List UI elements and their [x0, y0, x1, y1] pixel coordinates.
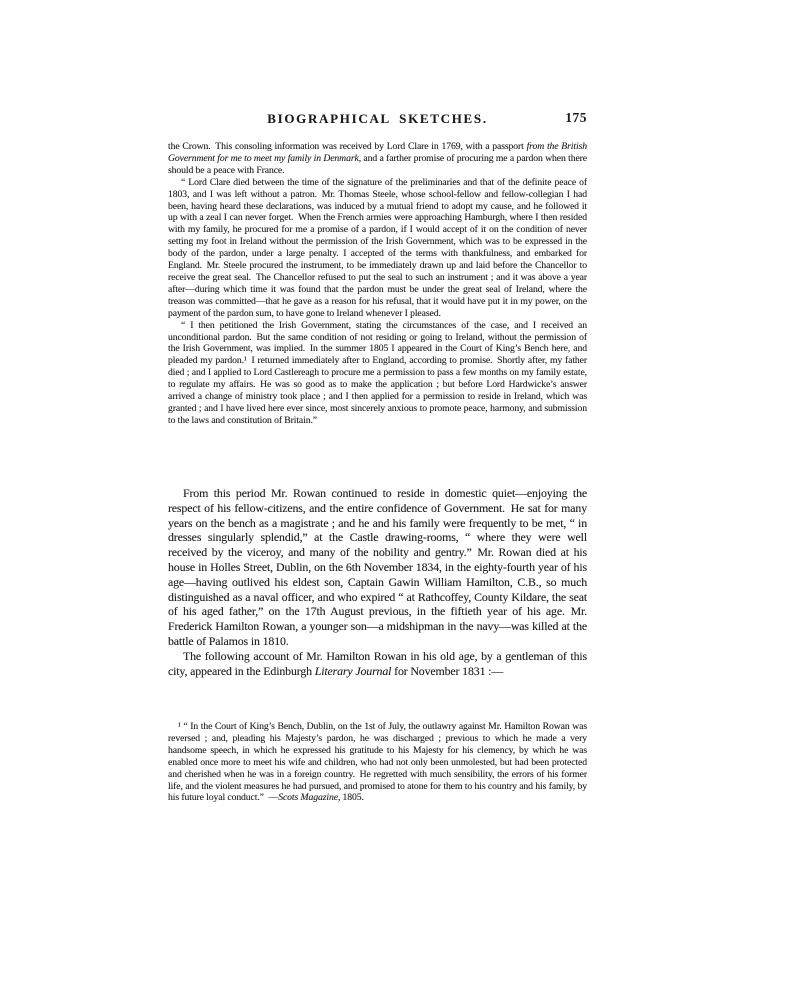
- page-header: BIOGRAPHICAL SKETCHES. 175: [168, 110, 587, 130]
- excerpt-paragraph-1: the Crown. This consoling information wa…: [168, 141, 587, 177]
- footnote-source-title: Scots Magazine: [278, 792, 338, 803]
- journal-title: Literary Journal: [315, 664, 392, 678]
- quoted-excerpt-block: the Crown. This consoling information wa…: [168, 141, 587, 427]
- footnote-source-dash: —: [264, 792, 278, 803]
- body-paragraph-1: From this period Mr. Rowan continued to …: [168, 486, 587, 649]
- footnote-block: ¹ “ In the Court of King’s Bench, Dublin…: [168, 721, 587, 804]
- page-number: 175: [565, 110, 587, 126]
- excerpt-paragraph-3: “ I then petitioned the Irish Government…: [168, 320, 587, 427]
- scanned-book-page: BIOGRAPHICAL SKETCHES. 175 the Crown. Th…: [0, 0, 787, 1000]
- body-para2-text-post: for November 1831 :—: [391, 664, 503, 678]
- footnote-paragraph: ¹ “ In the Court of King’s Bench, Dublin…: [168, 721, 587, 804]
- excerpt-para1-text-pre: the Crown. This consoling information wa…: [168, 141, 527, 152]
- footnote-source-year: , 1805.: [338, 792, 364, 803]
- body-paragraph-2: The following account of Mr. Hamilton Ro…: [168, 649, 587, 679]
- running-head-title: BIOGRAPHICAL SKETCHES.: [267, 111, 488, 126]
- excerpt-paragraph-2: “ Lord Clare died between the time of th…: [168, 177, 587, 320]
- footnote-text: ¹ “ In the Court of King’s Bench, Dublin…: [168, 721, 587, 803]
- main-text-block: From this period Mr. Rowan continued to …: [168, 486, 587, 678]
